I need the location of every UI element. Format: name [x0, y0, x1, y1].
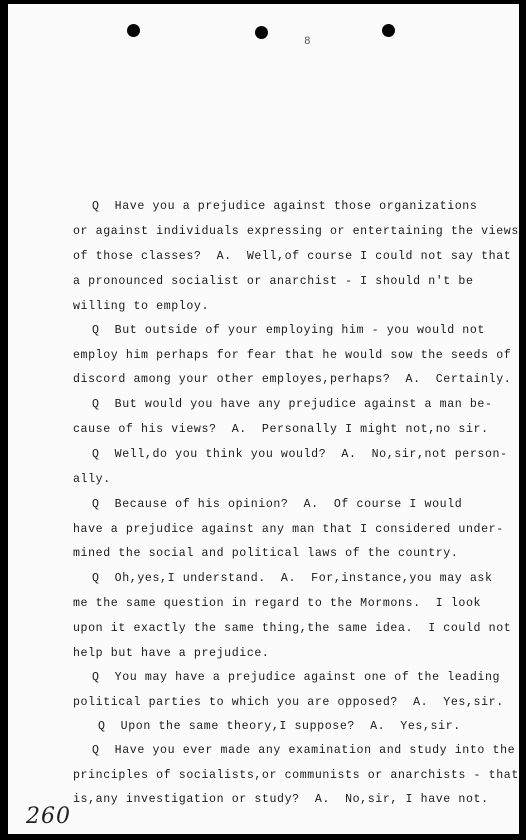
punch-hole-left: [127, 24, 140, 37]
punch-hole-right: [382, 24, 395, 37]
handwritten-page-note: 260: [26, 804, 71, 829]
document-page: 8 Q Have you a prejudice against those o…: [8, 4, 519, 834]
transcript-line: discord among your other employes,perhap…: [73, 373, 511, 386]
transcript-line: upon it exactly the same thing,the same …: [73, 622, 511, 635]
transcript-line: or against individuals expressing or ent…: [73, 225, 519, 238]
transcript-line: Q Have you a prejudice against those org…: [92, 200, 477, 213]
transcript-line: cause of his views? A. Personally I migh…: [73, 423, 489, 436]
transcript-line: Q Oh,yes,I understand. A. For,instance,y…: [92, 572, 493, 585]
transcript-line: willing to employ.: [73, 300, 209, 313]
transcript-line: is,any investigation or study? A. No,sir…: [73, 793, 489, 806]
transcript-line: of those classes? A. Well,of course I co…: [73, 250, 511, 263]
transcript-line: Q Well,do you think you would? A. No,sir…: [92, 448, 508, 461]
page-number: 8: [304, 36, 311, 48]
transcript-line: employ him perhaps for fear that he woul…: [73, 349, 511, 362]
transcript-line: Q Because of his opinion? A. Of course I…: [92, 498, 462, 511]
transcript-line: have a prejudice against any man that I …: [73, 523, 504, 536]
transcript-line: me the same question in regard to the Mo…: [73, 597, 481, 610]
transcript-line: a pronounced socialist or anarchist - I …: [73, 275, 474, 288]
transcript-line: principles of socialists,or communists o…: [73, 769, 519, 782]
punch-hole-center: [255, 26, 268, 39]
transcript-line: political parties to which you are oppos…: [73, 696, 504, 709]
transcript-line: help but have a prejudice.: [73, 647, 270, 660]
transcript-line: Q Upon the same theory,I suppose? A. Yes…: [98, 720, 461, 733]
transcript-line: Q Have you ever made any examination and…: [92, 744, 515, 757]
transcript-line: Q But would you have any prejudice again…: [92, 398, 493, 411]
transcript-line: ally.: [73, 473, 111, 486]
transcript-line: mined the social and political laws of t…: [73, 547, 458, 560]
transcript-line: Q You may have a prejudice against one o…: [92, 671, 500, 684]
transcript-line: Q But outside of your employing him - yo…: [92, 324, 485, 337]
